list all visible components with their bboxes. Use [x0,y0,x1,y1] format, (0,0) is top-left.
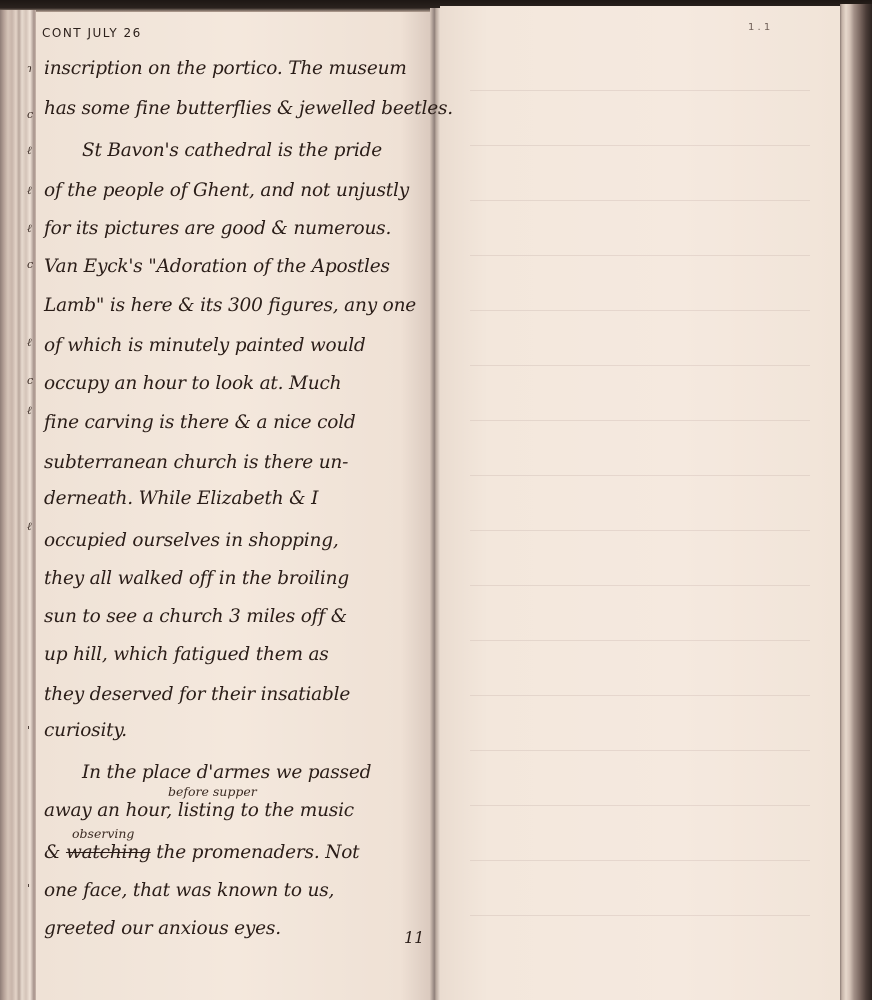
journal-line: one face, that was known to us, [44,880,432,901]
ampersand: & [44,842,66,863]
ruled-line [470,365,810,366]
journal-line: fine carving is there & a nice cold [44,412,432,433]
ruled-line [470,860,810,861]
journal-line: has some fine butterflies & jewelled bee… [44,98,432,119]
ruled-line [470,695,810,696]
corner-mark: 1 . 1 [748,22,770,33]
journal-line: of the people of Ghent, and not unjustly [44,180,432,201]
journal-line: for its pictures are good & numerous. [44,218,432,239]
margin-show-through: ɿ c ℓ ℓ ℓ c ℓ c ℓ ℓ ' ' [24,0,38,1000]
interlinear-insertion: observing [72,826,134,841]
journal-line: inscription on the portico. The museum [44,58,432,79]
journal-line: greeted our anxious eyes. [44,918,432,939]
ruled-line [470,805,810,806]
journal-line: occupied ourselves in shopping, [44,530,432,551]
ruled-line [470,145,810,146]
notebook-spread: 1 . 1 ɿ c ℓ ℓ ℓ c ℓ c ℓ ℓ ' ' CONT JULY … [0,0,872,1000]
interlinear-insertion: before supper [168,784,257,799]
journal-line: subterranean church is there un- [44,452,432,473]
struck-word: watching [66,842,151,863]
ruled-line [470,310,810,311]
ruled-line [470,750,810,751]
page-number: 11 [404,928,424,947]
line-remainder: the promenaders. Not [151,842,360,863]
journal-line-with-strikethrough: & watching the promenaders. Not [44,842,432,863]
journal-line: curiosity. [44,720,432,741]
journal-line: Lamb" is here & its 300 figures, any one [44,295,432,316]
journal-line: In the place d'armes we passed [82,762,470,783]
ruled-line [470,255,810,256]
journal-line: Van Eyck's "Adoration of the Apostles [44,256,432,277]
journal-line: they deserved for their insatiable [44,684,432,705]
journal-line: sun to see a church 3 miles off & [44,606,432,627]
journal-line: derneath. While Elizabeth & I [44,488,432,509]
right-page-edges [840,4,872,1000]
ruled-line [470,475,810,476]
journal-line: occupy an hour to look at. Much [44,373,432,394]
entry-date-header: CONT JULY 26 [42,26,142,40]
journal-line: they all walked off in the broiling [44,568,432,589]
journal-line: away an hour, listing to the music [44,800,432,821]
ruled-line [470,640,810,641]
ruled-line [470,90,810,91]
journal-line: St Bavon's cathedral is the pride [82,140,470,161]
ruled-line [470,530,810,531]
journal-line: up hill, which fatigued them as [44,644,432,665]
ruled-line [470,585,810,586]
ruled-line [470,420,810,421]
journal-line: of which is minutely painted would [44,335,432,356]
ruled-line [470,915,810,916]
right-page [440,6,840,1000]
ruled-line [470,200,810,201]
